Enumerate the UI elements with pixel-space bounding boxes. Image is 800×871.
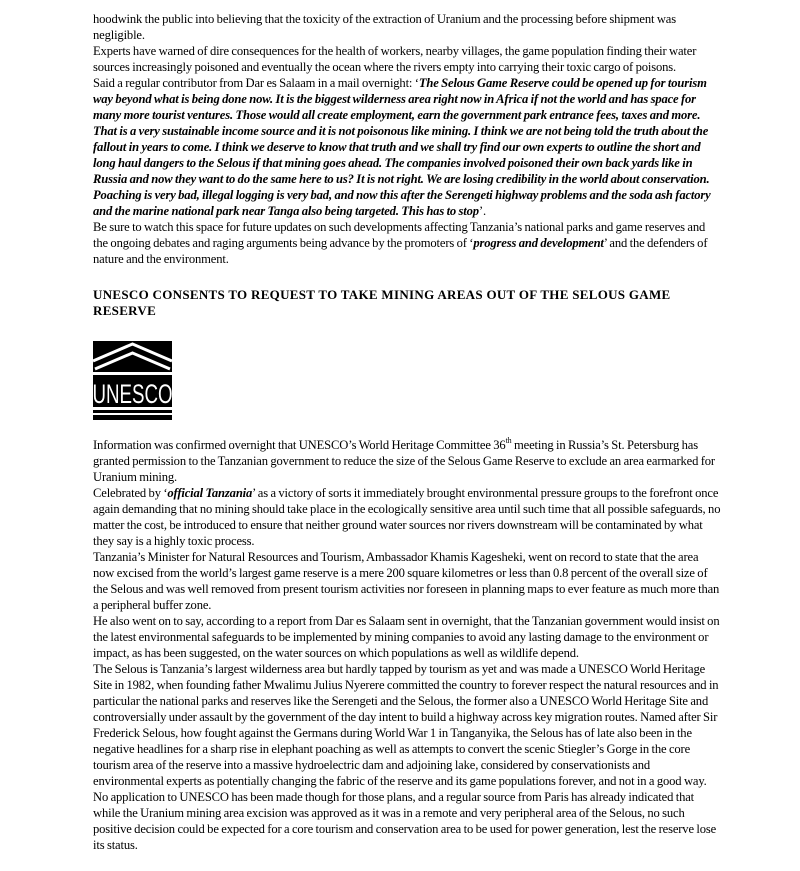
paragraph-celebrated: Celebrated by ‘official Tanzania’ as a v…: [93, 485, 721, 549]
paragraph-experts-warned: Experts have warned of dire consequences…: [93, 43, 721, 75]
paragraph-text: Information was confirmed overnight that…: [93, 438, 506, 452]
paragraph-minister: Tanzania’s Minister for Natural Resource…: [93, 549, 721, 613]
paragraph-text: Tanzania’s Minister for Natural Resource…: [93, 550, 719, 612]
paragraph-text: Celebrated by ‘: [93, 486, 167, 500]
paragraph-text: No application to UNESCO has been made t…: [93, 790, 716, 852]
unesco-logo-icon: UNESCO: [93, 341, 172, 420]
article-page: hoodwink the public into believing that …: [93, 11, 721, 853]
paragraph-selous-history: The Selous is Tanzania’s largest wildern…: [93, 661, 721, 789]
paragraph-information-confirmed: Information was confirmed overnight that…: [93, 437, 721, 485]
ordinal-suffix: th: [506, 436, 512, 445]
svg-text:UNESCO: UNESCO: [93, 379, 172, 409]
paragraph-no-application: No application to UNESCO has been made t…: [93, 789, 721, 853]
paragraph-hoodwink: hoodwink the public into believing that …: [93, 11, 721, 43]
quote-text: The Selous Game Reserve could be opened …: [93, 76, 711, 218]
paragraph-text: He also went on to say, according to a r…: [93, 614, 719, 660]
paragraph-text: hoodwink the public into believing that …: [93, 12, 676, 42]
paragraph-text: Experts have warned of dire consequences…: [93, 44, 696, 74]
emphasis-text: progress and development: [473, 236, 603, 250]
article-heading: UNESCO CONSENTS TO REQUEST TO TAKE MININ…: [93, 287, 693, 319]
paragraph-contributor-quote: Said a regular contributor from Dar es S…: [93, 75, 721, 219]
paragraph-watch-space: Be sure to watch this space for future u…: [93, 219, 721, 267]
emphasis-text: official Tanzania: [167, 486, 252, 500]
paragraph-safeguards: He also went on to say, according to a r…: [93, 613, 721, 661]
quote-lead-text: Said a regular contributor from Dar es S…: [93, 76, 419, 90]
paragraph-text: The Selous is Tanzania’s largest wildern…: [93, 662, 718, 788]
quote-tail-text: ’.: [479, 204, 486, 218]
